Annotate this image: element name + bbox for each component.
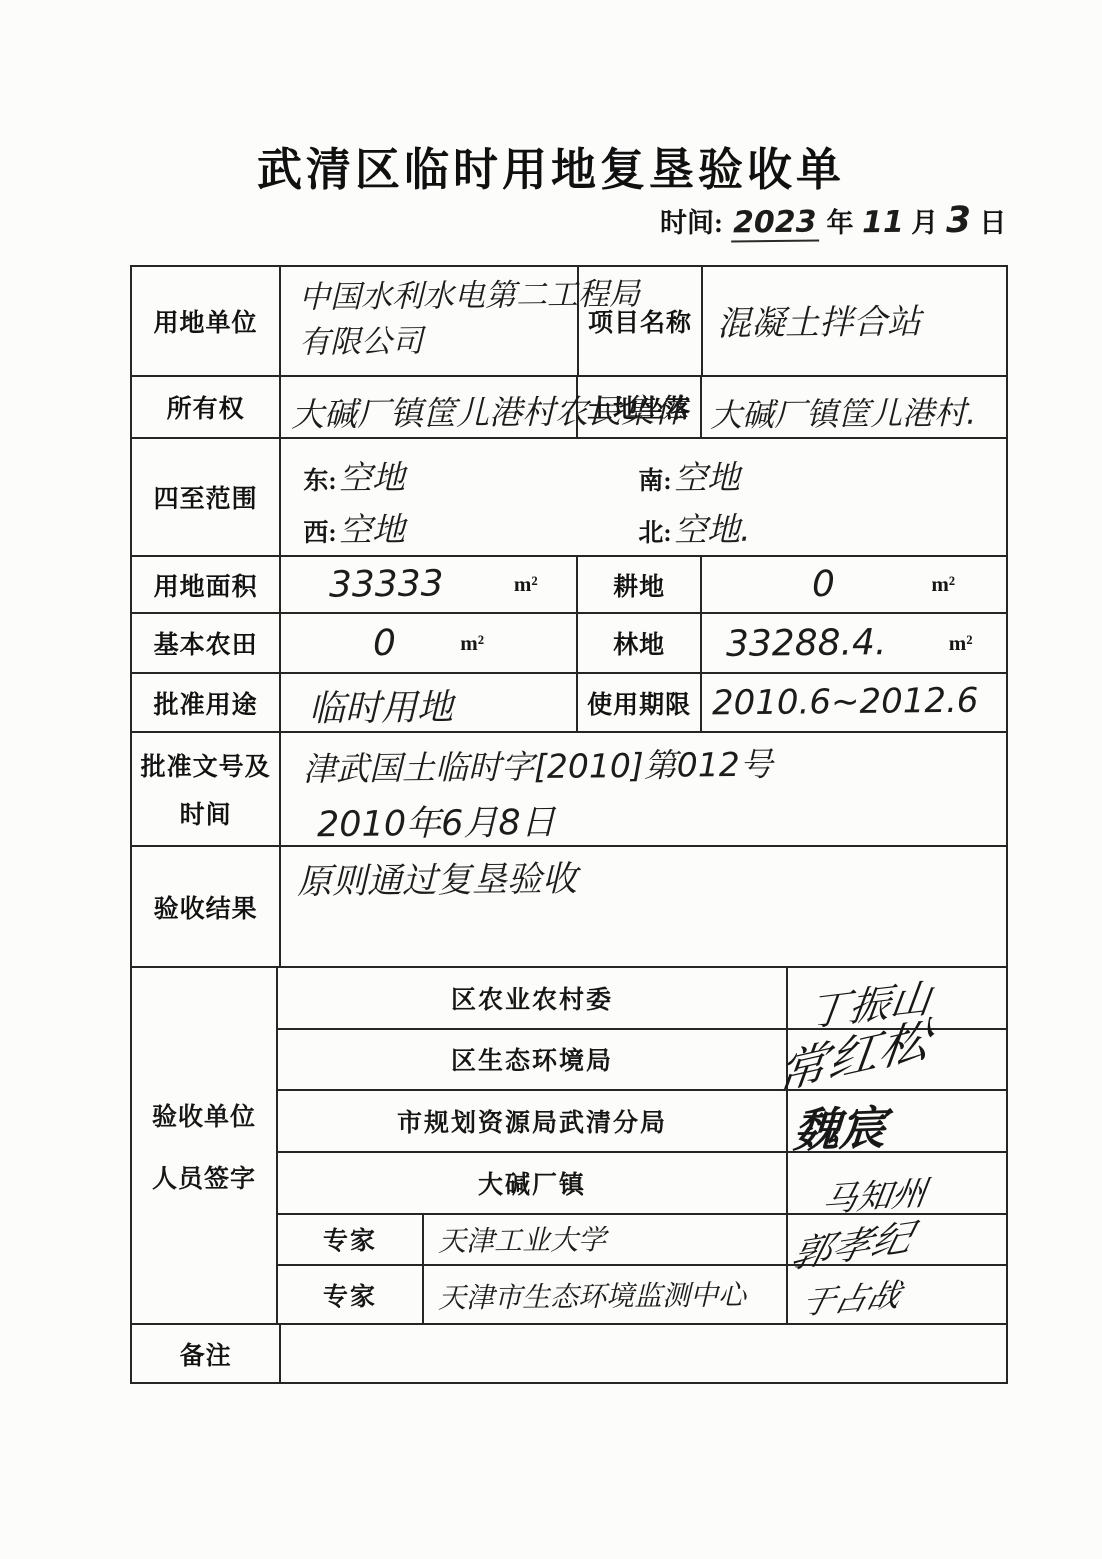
approval-doc-number: 津武国土临时字[2010]第012号 xyxy=(303,739,773,791)
row-basic-farmland: 基本农田 0 m² 林地 33288.4. m² xyxy=(132,614,1006,674)
town-signature-cell: 马知州 xyxy=(788,1153,1006,1213)
west-label: 西: xyxy=(303,513,336,549)
row-land-area: 用地面积 33333 m² 耕地 0 m² xyxy=(132,557,1006,614)
signature-row-expert2: 专家 天津市生态环境监测中心 于占战 xyxy=(278,1266,1006,1323)
approval-doc-date: 2010年6月8日 xyxy=(317,795,556,847)
form-title: 武清区临时用地复垦验收单 xyxy=(0,133,1102,198)
approval-doc-label-cell: 批准文号及 时间 xyxy=(132,733,281,847)
expert2-org: 天津市生态环境监测中心 xyxy=(424,1273,746,1316)
expert1-org: 天津工业大学 xyxy=(424,1219,606,1261)
row-approved-use: 批准用途 临时用地 使用期限 2010.6~2012.6 xyxy=(132,674,1006,733)
expert2-label: 专家 xyxy=(278,1266,424,1323)
row-boundaries: 四至范围 东: 空地 南: 空地 西: 空地 xyxy=(132,439,1006,557)
basic-farmland-value-cell: 0 m² xyxy=(281,614,578,674)
ownership-value: 大碱厂镇筐儿港村农民集体 xyxy=(291,385,687,436)
project-name-value: 混凝土拌合站 xyxy=(717,294,922,345)
dateline-year-unit: 年 xyxy=(827,201,854,240)
farmland-value: 0 xyxy=(812,564,835,605)
signatures-rows: 区农业农村委 丁振山 区生态环境局 常红松 市规划资源局武清分局 魏宸 xyxy=(278,968,1006,1325)
use-period-label: 使用期限 xyxy=(578,674,702,733)
town-org-label: 大碱厂镇 xyxy=(278,1153,788,1213)
acceptance-result-label: 验收结果 xyxy=(132,847,281,968)
approval-doc-label-line1: 批准文号及 xyxy=(141,747,271,783)
expert2-org-cell: 天津市生态环境监测中心 xyxy=(424,1266,788,1323)
signatures-label-line1: 验收单位 xyxy=(152,1097,256,1133)
south-value: 空地 xyxy=(673,451,739,499)
ecology-org-label: 区生态环境局 xyxy=(278,1030,788,1090)
land-location-value: 大碱厂镇筐儿港村. xyxy=(710,388,977,437)
row-remark: 备注 xyxy=(132,1325,1006,1382)
east-value: 空地 xyxy=(338,451,404,499)
dateline-month-handwritten: 11 xyxy=(861,205,903,240)
signature-row-ecology: 区生态环境局 常红松 xyxy=(278,1030,1006,1092)
form-dateline: 时间:2023年 11月 3日 xyxy=(660,200,1006,242)
planning-signature: 魏宸 xyxy=(792,1092,889,1161)
forest-label: 林地 xyxy=(578,614,702,674)
farmland-unit: m² xyxy=(931,572,955,597)
approved-use-value-cell: 临时用地 xyxy=(281,674,578,733)
row-ownership: 所有权 大碱厂镇筐儿港村农民集体 土地坐落 大碱厂镇筐儿港村. xyxy=(132,377,1006,439)
north-value: 空地. xyxy=(673,503,750,551)
expert2-signature: 于占战 xyxy=(797,1270,906,1324)
dateline-year-handwritten: 2023 xyxy=(731,205,819,243)
basic-farmland-value: 0 xyxy=(373,622,396,663)
forest-value: 33288.4. xyxy=(726,622,887,665)
row-land-user: 用地单位 中国水利水电第二工程局 有限公司 项目名称 混凝土拌合站 xyxy=(132,267,1006,377)
land-area-unit: m² xyxy=(514,572,538,597)
boundaries-line2: 西: 空地 北: 空地. xyxy=(303,501,1006,553)
row-acceptance-result: 验收结果 原则通过复垦验收 xyxy=(132,847,1006,968)
approval-doc-value-cell: 津武国土临时字[2010]第012号 2010年6月8日 xyxy=(281,733,1006,847)
ownership-label: 所有权 xyxy=(132,377,281,439)
dateline-prefix: 时间: xyxy=(660,201,723,240)
land-user-value-line2: 有限公司 xyxy=(299,318,423,365)
signatures-label-cell: 验收单位 人员签字 xyxy=(132,968,278,1325)
expert2-signature-cell: 于占战 xyxy=(788,1266,1006,1323)
project-name-label: 项目名称 xyxy=(579,267,703,377)
signatures-label-line2: 人员签字 xyxy=(152,1159,256,1195)
expert1-org-cell: 天津工业大学 xyxy=(424,1215,788,1265)
north-label: 北: xyxy=(638,513,671,549)
land-location-value-cell: 大碱厂镇筐儿港村. xyxy=(702,377,1006,439)
ownership-value-cell: 大碱厂镇筐儿港村农民集体 xyxy=(281,377,578,439)
use-period-value: 2010.6~2012.6 xyxy=(712,681,979,724)
approved-use-value: 临时用地 xyxy=(309,679,454,732)
boundaries-line1: 东: 空地 南: 空地 xyxy=(303,449,1006,501)
dateline-month-unit: 月 xyxy=(911,201,938,240)
planning-org-label: 市规划资源局武清分局 xyxy=(278,1091,788,1151)
land-user-value-cell: 中国水利水电第二工程局 有限公司 xyxy=(281,267,579,377)
farmland-label: 耕地 xyxy=(578,557,702,614)
signature-row-planning: 市规划资源局武清分局 魏宸 xyxy=(278,1091,1006,1153)
agriculture-org-label: 区农业农村委 xyxy=(278,968,788,1028)
form-table: 用地单位 中国水利水电第二工程局 有限公司 项目名称 混凝土拌合站 所有权 大碱… xyxy=(130,265,1008,1384)
east-label: 东: xyxy=(303,461,336,497)
basic-farmland-unit: m² xyxy=(460,631,484,656)
row-approval-document: 批准文号及 时间 津武国土临时字[2010]第012号 2010年6月8日 xyxy=(132,733,1006,847)
land-area-value-cell: 33333 m² xyxy=(281,557,578,614)
land-area-value: 33333 xyxy=(329,563,444,605)
scanned-form-page: 武清区临时用地复垦验收单 时间:2023年 11月 3日 用地单位 中国水利水电… xyxy=(0,0,1102,1559)
ecology-signature-cell: 常红松 xyxy=(788,1030,1006,1090)
remark-value-cell xyxy=(281,1325,1006,1382)
use-period-value-cell: 2010.6~2012.6 xyxy=(702,674,1006,733)
west-value: 空地 xyxy=(338,503,404,551)
remark-label: 备注 xyxy=(132,1325,281,1382)
signature-row-town: 大碱厂镇 马知州 xyxy=(278,1153,1006,1215)
boundaries-label: 四至范围 xyxy=(132,439,281,557)
approval-doc-label-line2: 时间 xyxy=(180,795,232,831)
acceptance-result-value: 原则通过复垦验收 xyxy=(297,852,578,905)
south-label: 南: xyxy=(638,461,671,497)
dateline-day-unit: 日 xyxy=(979,201,1006,240)
planning-signature-cell: 魏宸 xyxy=(788,1091,1006,1151)
basic-farmland-label: 基本农田 xyxy=(132,614,281,674)
approved-use-label: 批准用途 xyxy=(132,674,281,733)
land-area-label: 用地面积 xyxy=(132,557,281,614)
signature-row-expert1: 专家 天津工业大学 郭孝纪 xyxy=(278,1215,1006,1267)
acceptance-result-value-cell: 原则通过复垦验收 xyxy=(281,847,1006,968)
project-name-value-cell: 混凝土拌合站 xyxy=(703,267,1006,377)
expert1-signature-cell: 郭孝纪 xyxy=(788,1215,1006,1265)
farmland-value-cell: 0 m² xyxy=(702,557,1006,614)
expert1-label: 专家 xyxy=(278,1215,424,1265)
land-user-label: 用地单位 xyxy=(132,267,281,377)
forest-unit: m² xyxy=(949,631,973,656)
row-signatures: 验收单位 人员签字 区农业农村委 丁振山 区生态环境局 常红松 xyxy=(132,968,1006,1325)
dateline-day-handwritten: 3 xyxy=(946,200,971,241)
forest-value-cell: 33288.4. m² xyxy=(702,614,1006,674)
boundaries-value-cell: 东: 空地 南: 空地 西: 空地 北: 空地. xyxy=(281,439,1006,557)
